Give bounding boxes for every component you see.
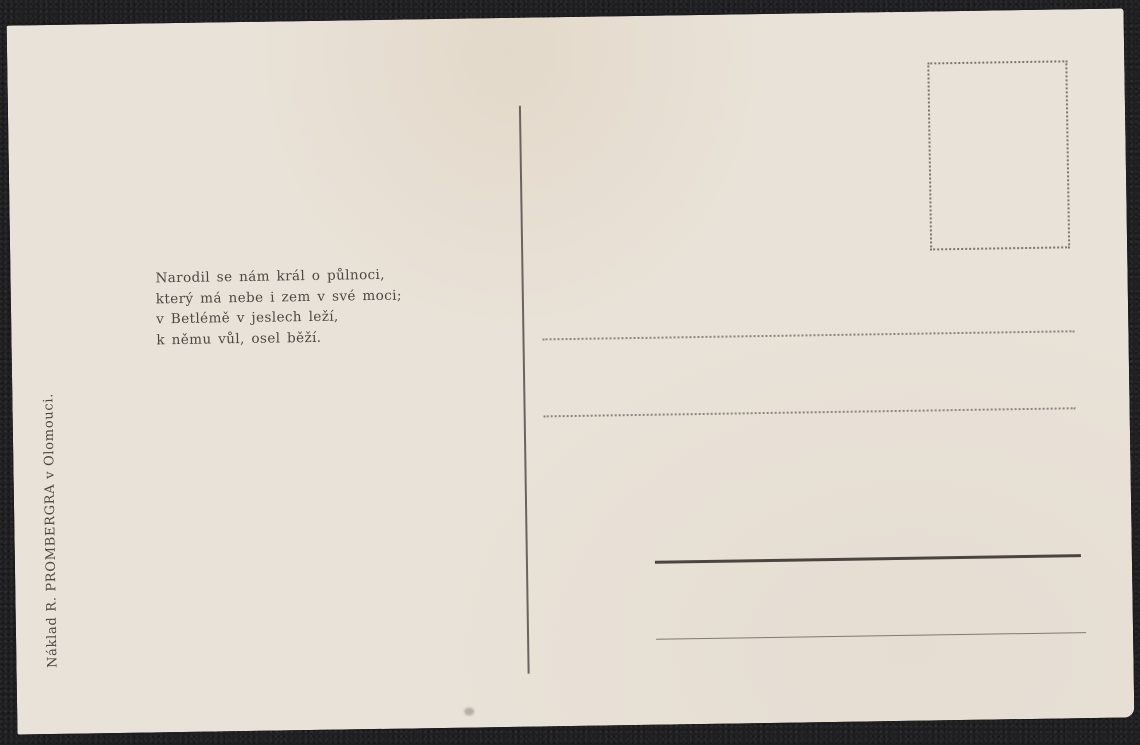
poem-line: k němu vůl, osel běží. [156,326,402,350]
address-line-2 [544,407,1076,417]
postcard-back: Narodil se nám král o půlnoci, který má … [7,8,1135,734]
poem-line: který má nebe i zem v své moci; [156,285,402,309]
address-line-4 [656,632,1086,640]
message-address-divider [519,106,530,674]
paper-smudge [464,708,474,716]
christmas-poem: Narodil se nám král o půlnoci, který má … [155,265,402,351]
publisher-imprint: Náklad R. PROMBERGRA v Olomouci. [41,393,60,668]
address-line-3 [655,554,1081,564]
address-line-1 [542,330,1074,340]
stamp-box [927,60,1070,250]
